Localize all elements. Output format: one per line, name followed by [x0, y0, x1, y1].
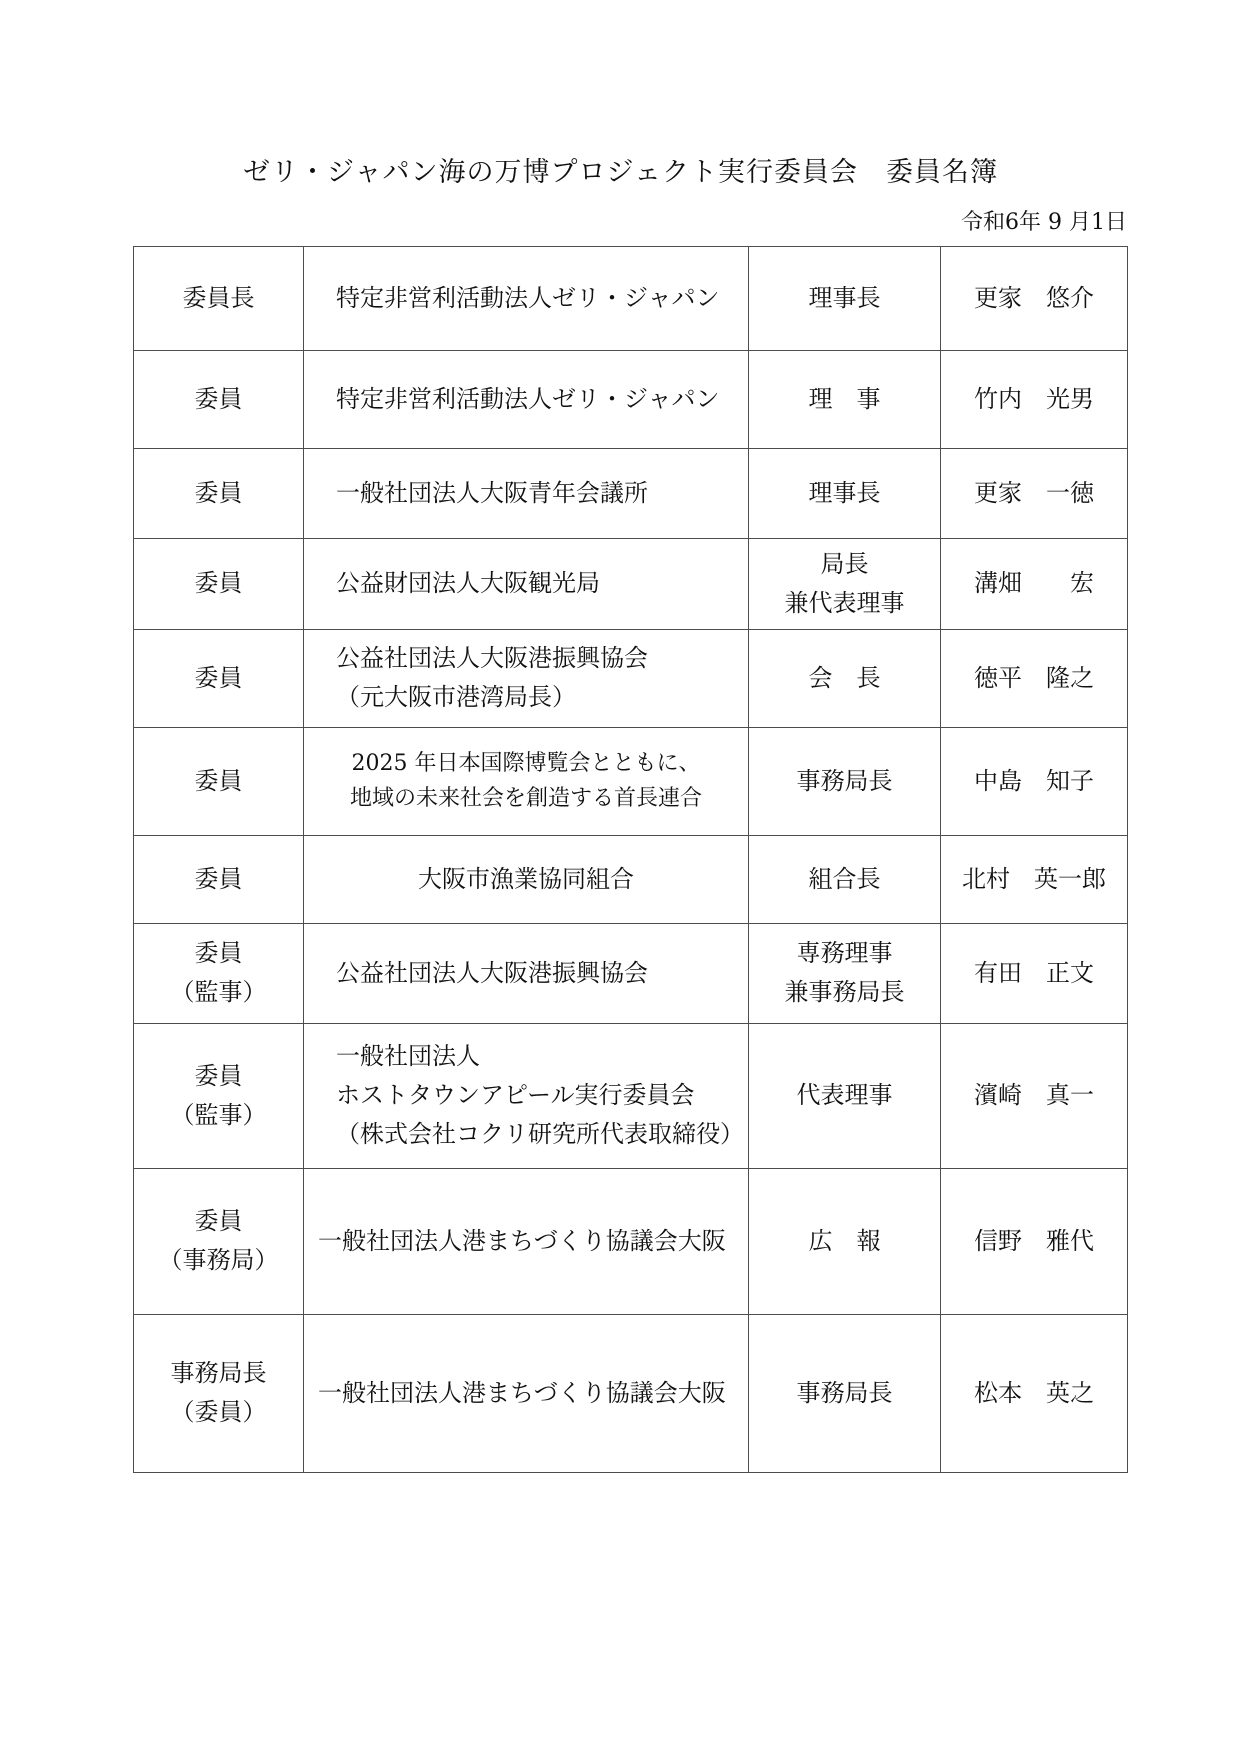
role-cell: 委員長 — [134, 247, 304, 351]
role-cell: 委員 — [134, 449, 304, 539]
cell-text-line: 兼代表理事 — [753, 584, 936, 623]
position-cell: 理事長 — [749, 449, 941, 539]
cell-text-line: 大阪市漁業協同組合 — [308, 860, 744, 899]
cell-text-line: 一般社団法人大阪青年会議所 — [336, 474, 744, 513]
position-cell: 専務理事兼事務局長 — [749, 923, 941, 1023]
cell-text-line: 局長 — [753, 545, 936, 584]
role-cell: 委員（監事） — [134, 923, 304, 1023]
table-row: 委員大阪市漁業協同組合組合長北村 英一郎 — [134, 835, 1128, 923]
organization-cell: 大阪市漁業協同組合 — [304, 835, 749, 923]
position-cell: 局長兼代表理事 — [749, 539, 941, 630]
name-cell: 溝畑 宏 — [941, 539, 1128, 630]
cell-text-line: 公益財団法人大阪観光局 — [336, 564, 744, 603]
cell-text-line: （委員） — [138, 1393, 299, 1432]
cell-text-line: 会 長 — [753, 659, 936, 698]
name-cell: 北村 英一郎 — [941, 835, 1128, 923]
name-cell: 松本 英之 — [941, 1314, 1128, 1472]
cell-text-line: 専務理事 — [753, 934, 936, 973]
cell-text-line: 公益社団法人大阪港振興協会 — [336, 954, 744, 993]
position-cell: 事務局長 — [749, 1314, 941, 1472]
cell-text-line: 公益社団法人大阪港振興協会 — [336, 639, 744, 678]
position-cell: 広 報 — [749, 1168, 941, 1314]
cell-text-line: 2025 年日本国際博覧会とともに、 — [308, 746, 744, 782]
role-cell: 事務局長（委員） — [134, 1314, 304, 1472]
role-cell: 委員（監事） — [134, 1023, 304, 1168]
name-cell: 中島 知子 — [941, 727, 1128, 835]
position-cell: 理事長 — [749, 247, 941, 351]
document-title: ゼリ・ジャパン海の万博プロジェクト実行委員会 委員名簿 — [0, 150, 1241, 189]
name-cell: 更家 一徳 — [941, 449, 1128, 539]
table-row: 委員（事務局）一般社団法人港まちづくり協議会大阪広 報信野 雅代 — [134, 1168, 1128, 1314]
table-row: 委員（監事）一般社団法人ホストタウンアピール実行委員会（株式会社コクリ研究所代表… — [134, 1023, 1128, 1168]
table-row: 委員公益社団法人大阪港振興協会（元大阪市港湾局長）会 長徳平 隆之 — [134, 629, 1128, 727]
cell-text-line: 代表理事 — [753, 1076, 936, 1115]
position-cell: 代表理事 — [749, 1023, 941, 1168]
role-cell: 委員 — [134, 351, 304, 449]
role-cell: 委員 — [134, 835, 304, 923]
name-cell: 信野 雅代 — [941, 1168, 1128, 1314]
cell-text-line: （監事） — [138, 973, 299, 1012]
cell-text-line: 広 報 — [753, 1222, 936, 1261]
organization-cell: 公益社団法人大阪港振興協会（元大阪市港湾局長） — [304, 629, 749, 727]
cell-text-line: 一般社団法人 — [336, 1037, 744, 1076]
cell-text-line: 委員 — [138, 1057, 299, 1096]
name-cell: 竹内 光男 — [941, 351, 1128, 449]
cell-text-line: 委員 — [138, 380, 299, 419]
cell-text-line: （事務局） — [138, 1241, 299, 1280]
cell-text-line: 地域の未来社会を創造する首長連合 — [308, 781, 744, 817]
organization-cell: 特定非営利活動法人ゼリ・ジャパン — [304, 247, 749, 351]
cell-text-line: 委員 — [138, 934, 299, 973]
name-cell: 徳平 隆之 — [941, 629, 1128, 727]
role-cell: 委員 — [134, 629, 304, 727]
cell-text-line: 一般社団法人港まちづくり協議会大阪 — [318, 1374, 744, 1413]
cell-text-line: 委員 — [138, 1202, 299, 1241]
table-row: 委員公益財団法人大阪観光局局長兼代表理事溝畑 宏 — [134, 539, 1128, 630]
organization-cell: 公益財団法人大阪観光局 — [304, 539, 749, 630]
table-row: 委員2025 年日本国際博覧会とともに、地域の未来社会を創造する首長連合事務局長… — [134, 727, 1128, 835]
position-cell: 会 長 — [749, 629, 941, 727]
organization-cell: 公益社団法人大阪港振興協会 — [304, 923, 749, 1023]
cell-text-line: 委員 — [138, 474, 299, 513]
cell-text-line: （元大阪市港湾局長） — [336, 678, 744, 717]
cell-text-line: ホストタウンアピール実行委員会 — [336, 1076, 744, 1115]
table-row: 事務局長（委員）一般社団法人港まちづくり協議会大阪事務局長松本 英之 — [134, 1314, 1128, 1472]
table-row: 委員（監事）公益社団法人大阪港振興協会専務理事兼事務局長有田 正文 — [134, 923, 1128, 1023]
table-row: 委員長特定非営利活動法人ゼリ・ジャパン理事長更家 悠介 — [134, 247, 1128, 351]
table-row: 委員一般社団法人大阪青年会議所理事長更家 一徳 — [134, 449, 1128, 539]
organization-cell: 一般社団法人港まちづくり協議会大阪 — [304, 1314, 749, 1472]
cell-text-line: 事務局長 — [138, 1354, 299, 1393]
cell-text-line: 兼事務局長 — [753, 973, 936, 1012]
name-cell: 濱崎 真一 — [941, 1023, 1128, 1168]
organization-cell: 一般社団法人ホストタウンアピール実行委員会（株式会社コクリ研究所代表取締役） — [304, 1023, 749, 1168]
organization-cell: 特定非営利活動法人ゼリ・ジャパン — [304, 351, 749, 449]
cell-text-line: （株式会社コクリ研究所代表取締役） — [336, 1115, 744, 1154]
cell-text-line: 特定非営利活動法人ゼリ・ジャパン — [336, 380, 744, 419]
cell-text-line: 一般社団法人港まちづくり協議会大阪 — [318, 1222, 744, 1261]
cell-text-line: 委員 — [138, 564, 299, 603]
document-date: 令和6年 9 月1日 — [133, 205, 1127, 236]
cell-text-line: 委員 — [138, 762, 299, 801]
cell-text-line: 事務局長 — [753, 1374, 936, 1413]
cell-text-line: 委員 — [138, 659, 299, 698]
position-cell: 事務局長 — [749, 727, 941, 835]
name-cell: 有田 正文 — [941, 923, 1128, 1023]
roster-table-body: 委員長特定非営利活動法人ゼリ・ジャパン理事長更家 悠介委員特定非営利活動法人ゼリ… — [134, 247, 1128, 1473]
cell-text-line: 理事長 — [753, 279, 936, 318]
committee-roster-table: 委員長特定非営利活動法人ゼリ・ジャパン理事長更家 悠介委員特定非営利活動法人ゼリ… — [133, 246, 1128, 1473]
cell-text-line: 委員 — [138, 860, 299, 899]
document-page: ゼリ・ジャパン海の万博プロジェクト実行委員会 委員名簿 令和6年 9 月1日 委… — [0, 0, 1241, 1754]
cell-text-line: 理事長 — [753, 474, 936, 513]
cell-text-line: 理 事 — [753, 380, 936, 419]
cell-text-line: 特定非営利活動法人ゼリ・ジャパン — [336, 279, 744, 318]
position-cell: 理 事 — [749, 351, 941, 449]
role-cell: 委員（事務局） — [134, 1168, 304, 1314]
organization-cell: 2025 年日本国際博覧会とともに、地域の未来社会を創造する首長連合 — [304, 727, 749, 835]
cell-text-line: 委員長 — [138, 279, 299, 318]
cell-text-line: （監事） — [138, 1096, 299, 1135]
cell-text-line: 組合長 — [753, 860, 936, 899]
name-cell: 更家 悠介 — [941, 247, 1128, 351]
table-row: 委員特定非営利活動法人ゼリ・ジャパン理 事竹内 光男 — [134, 351, 1128, 449]
organization-cell: 一般社団法人大阪青年会議所 — [304, 449, 749, 539]
role-cell: 委員 — [134, 727, 304, 835]
position-cell: 組合長 — [749, 835, 941, 923]
organization-cell: 一般社団法人港まちづくり協議会大阪 — [304, 1168, 749, 1314]
cell-text-line: 事務局長 — [753, 762, 936, 801]
role-cell: 委員 — [134, 539, 304, 630]
